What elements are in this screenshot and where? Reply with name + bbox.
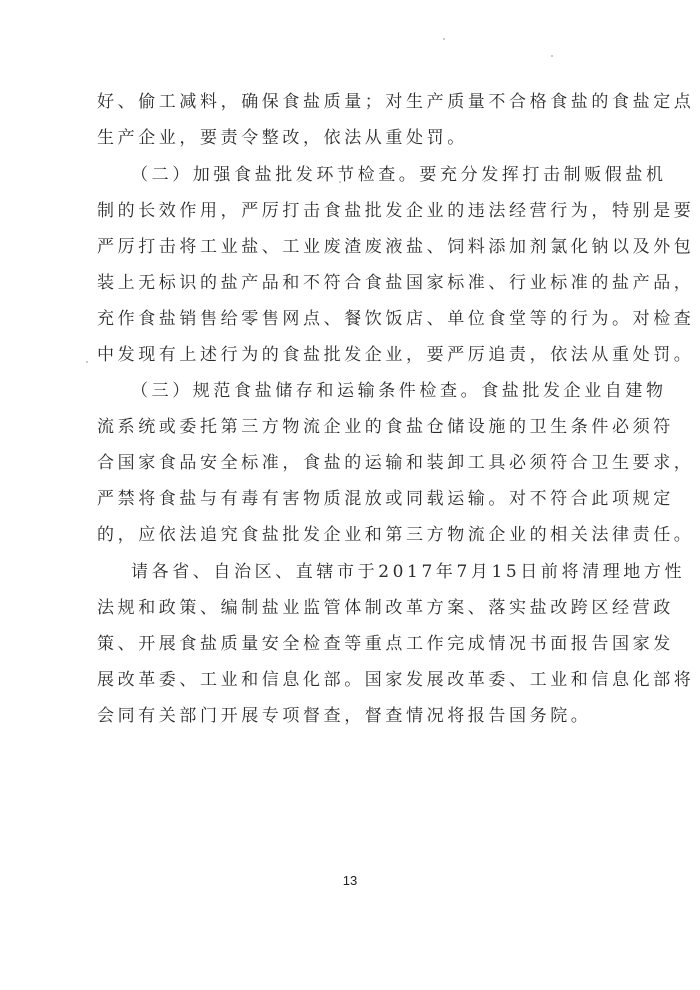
paragraph-line: 合国家食品安全标准，食盐的运输和装卸工具必须符合卫生要求， <box>97 452 617 474</box>
scan-speck <box>551 55 553 57</box>
scan-speck <box>339 181 341 183</box>
scan-speck <box>443 38 445 40</box>
paragraph-line: 法规和政策、编制盐业监管体制改革方案、落实盐改跨区经营政 <box>97 597 617 619</box>
paragraph-line: 策、开展食盐质量安全检查等重点工作完成情况书面报告国家发 <box>97 633 617 655</box>
paragraph-line: 装上无标识的盐产品和不符合食盐国家标准、行业标准的盐产品， <box>97 272 617 294</box>
paragraph-line: 生产企业，要责令整改，依法从重处罚。 <box>97 127 617 149</box>
section-heading-line: （三）规范食盐储存和运输条件检查。食盐批发企业自建物 <box>131 380 617 402</box>
section-heading-line: （二）加强食盐批发环节检查。要充分发挥打击制贩假盐机 <box>131 164 617 186</box>
paragraph-line: 展改革委、工业和信息化部。国家发展改革委、工业和信息化部将 <box>97 669 617 691</box>
paragraph-line: 的，应依法追究食盐批发企业和第三方物流企业的相关法律责任。 <box>97 524 617 546</box>
document-page: 好、偷工减料，确保食盐质量；对生产质量不合格食盐的食盐定点 生产企业，要责令整改… <box>0 0 700 990</box>
paragraph-line: 严厉打击将工业盐、工业废渣废液盐、饲料添加剂氯化钠以及外包 <box>97 236 617 258</box>
paragraph-line: 充作食盐销售给零售网点、餐饮饭店、单位食堂等的行为。对检查 <box>97 308 617 330</box>
paragraph-line: 严禁将食盐与有毒有害物质混放或同载运输。对不符合此项规定 <box>97 488 617 510</box>
paragraph-line: 好、偷工减料，确保食盐质量；对生产质量不合格食盐的食盐定点 <box>97 91 617 113</box>
page-number: 13 <box>0 873 700 888</box>
paragraph-first-line: 请各省、自治区、直辖市于2017年7月15日前将清理地方性 <box>131 561 617 583</box>
scan-speck <box>86 361 88 363</box>
paragraph-line: 流系统或委托第三方物流企业的食盐仓储设施的卫生条件必须符 <box>97 416 617 438</box>
paragraph-line: 会同有关部门开展专项督查，督查情况将报告国务院。 <box>97 705 617 727</box>
paragraph-line: 制的长效作用，严厉打击食盐批发企业的违法经营行为，特别是要 <box>97 200 617 222</box>
paragraph-line: 中发现有上述行为的食盐批发企业，要严厉追责，依法从重处罚。 <box>97 344 617 366</box>
